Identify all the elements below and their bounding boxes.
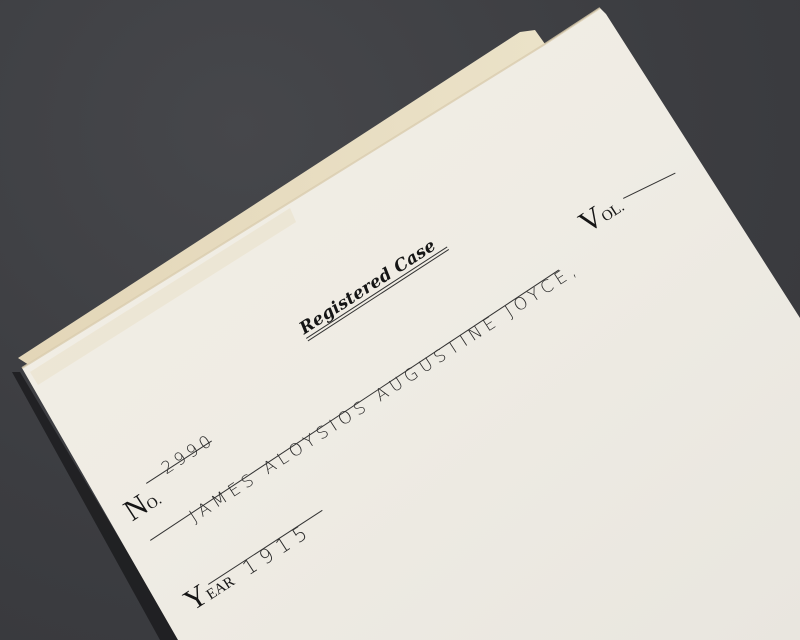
file-folder [0, 0, 800, 640]
photo-scene: Registered Case VOL. NO. 2990 JAMES ALOY… [0, 0, 800, 640]
